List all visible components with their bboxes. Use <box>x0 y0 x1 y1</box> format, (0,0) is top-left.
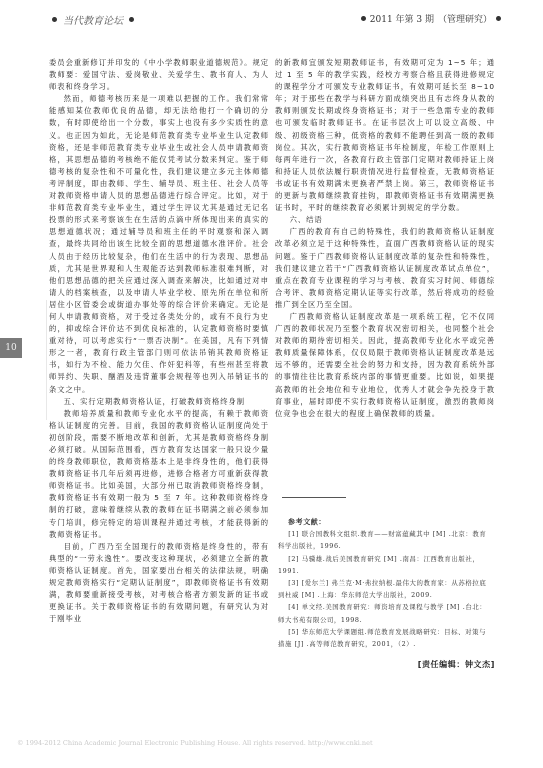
bullet-icon <box>496 16 501 21</box>
journal-header: 当代教育论坛 <box>52 12 134 27</box>
reference-item: [5] 华东师范大学课题组.师范教育发展战略研究：目标、对策与措施 [J] .高… <box>278 626 493 650</box>
bullet-icon <box>129 17 134 22</box>
references-title: 参考文献： <box>278 516 493 528</box>
margin-line <box>46 300 47 420</box>
paragraph: 然而，师德考核历来是一项难以把握的工作。我们常常能感知某位教师优良的品德，却无法… <box>49 93 269 395</box>
issue-header: 2011 年第 3 期 （管理研究） <box>361 12 501 25</box>
page-number-tab: 10 <box>0 338 22 358</box>
reference-item: [3] [爱尔兰] 弗兰克·M·弗拉纳根.最伟大的教育家：从苏格拉底到杜威 [M… <box>278 577 493 601</box>
journal-name: 当代教育论坛 <box>63 12 123 27</box>
left-column: 委员会重新修订并印发的《中小学教师职业道德规范》。规定教师要：爱国守法、爱岗敬业… <box>49 57 269 625</box>
paragraph: 教师培养质量和教师专业化水平的提高，有赖于教师资格认证制度的完善。目前，我国的教… <box>49 408 269 541</box>
paragraph: 广西教师资格认证制度改革是一项系统工程，它不仅同广西的教师状况乃至整个教育状况密… <box>275 311 495 420</box>
page-number: 10 <box>5 343 16 353</box>
issue-label: 2011 年第 3 期 <box>370 12 434 25</box>
bullet-icon <box>361 16 366 21</box>
section-heading: 五、实行定期教师资格认证，打破教师资格终身制 <box>49 396 269 408</box>
references-divider <box>282 497 346 498</box>
reference-item: [1] 联合国教科文组织.教育——财富蕴藏其中 [M] .北京：教育科学出版社，… <box>278 528 493 552</box>
section-label: （管理研究） <box>438 12 492 25</box>
paragraph: 的新教师宜颁发短期教师证书，有效期可定为 1~5 年；通过 1 至 5 年的教学… <box>275 57 495 214</box>
paragraph: 委员会重新修订并印发的《中小学教师职业道德规范》。规定教师要：爱国守法、爱岗敬业… <box>49 57 269 93</box>
references: 参考文献： [1] 联合国教科文组织.教育——财富蕴藏其中 [M] .北京：教育… <box>278 516 493 650</box>
reference-item: [2] 马骥雄.战后美国教育研究 [M] .南昌：江西教育出版社，1991. <box>278 553 493 577</box>
responsible-editor: [责任编辑：钟文杰] <box>418 659 495 670</box>
copyright-footer: © 1994-2012 China Academic Journal Elect… <box>17 739 373 747</box>
paragraph: 广西的教育有自己的特殊性，我们的教师资格认证制度改革必须立足于这种特殊性，直面广… <box>275 226 495 311</box>
right-column: 的新教师宜颁发短期教师证书，有效期可定为 1~5 年；通过 1 至 5 年的教学… <box>275 57 495 420</box>
bullet-icon <box>52 17 57 22</box>
section-heading: 六、结语 <box>275 214 495 226</box>
page-header: 当代教育论坛 2011 年第 3 期 （管理研究） <box>0 0 543 40</box>
reference-item: [4] 单文经.美国教育研究：师资培育及课程与教学 [M] .台北：师大书苑有限… <box>278 601 493 625</box>
paragraph: 目前，广西乃至全国现行的教师资格是终身性的，带有典型的“一劳永逸性”。要改变这种… <box>49 541 269 626</box>
